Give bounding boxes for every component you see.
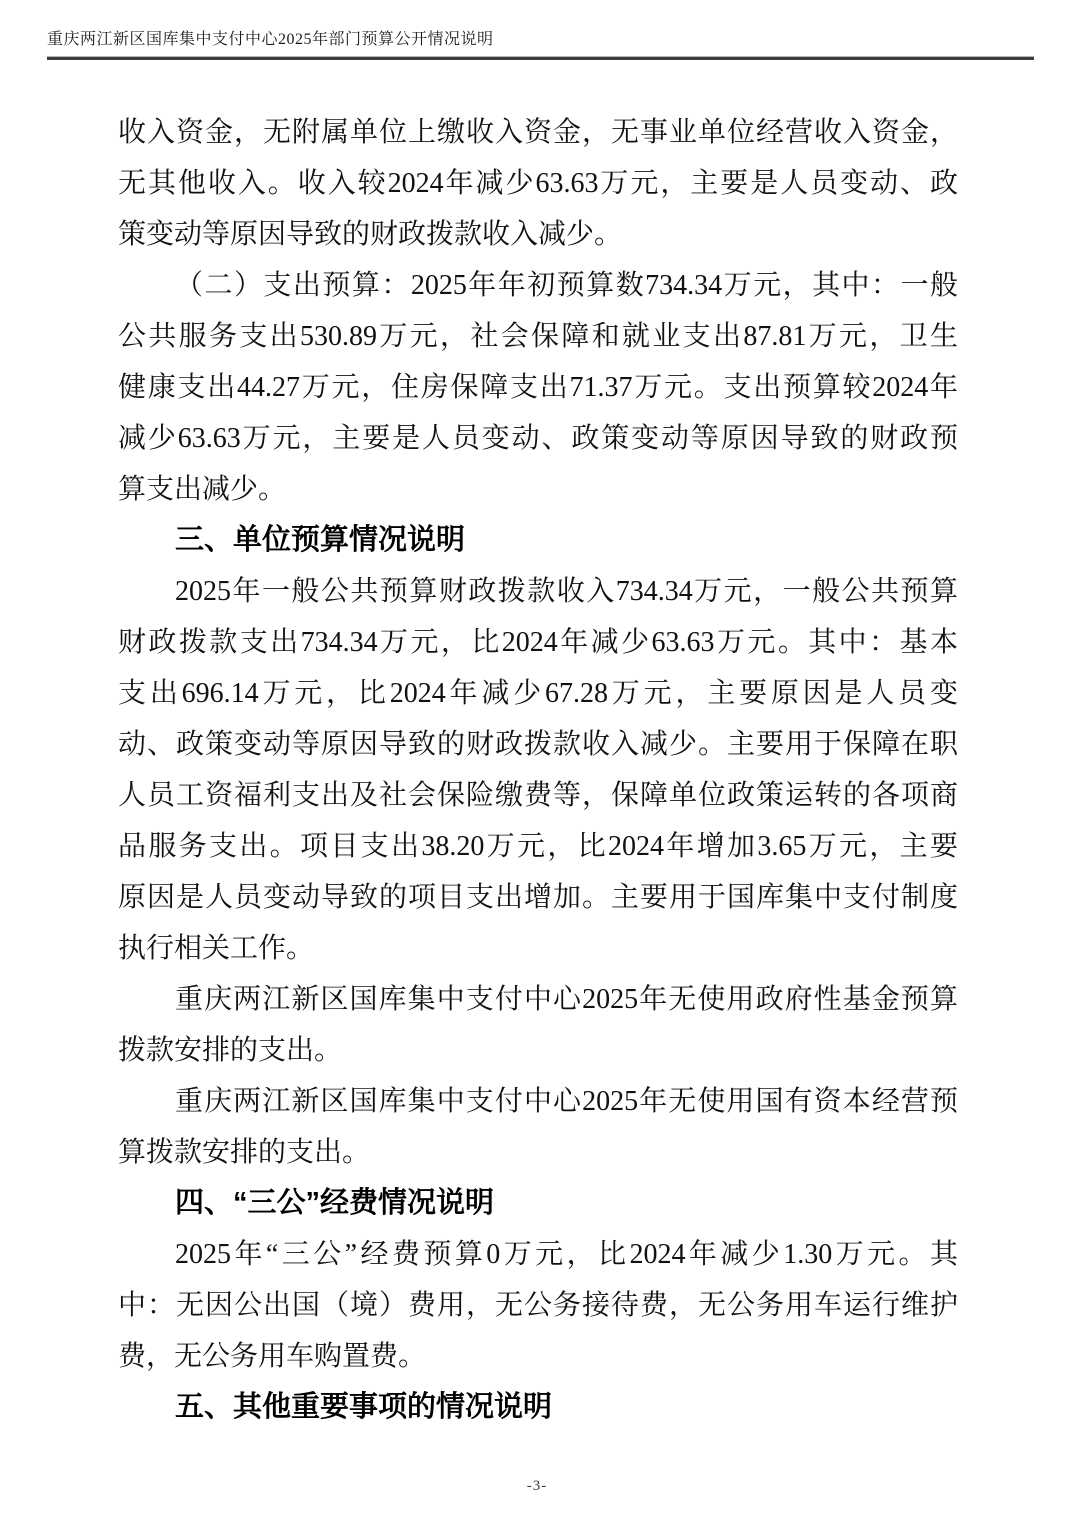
- text-line: 四、“三公”经费情况说明: [118, 1178, 958, 1229]
- text-line: 重庆两江新区国库集中支付中心2025年无使用国有资本经营预: [118, 1076, 958, 1127]
- body-paragraph: 重庆两江新区国库集中支付中心2025年无使用政府性基金预算拨款安排的支出。: [118, 974, 958, 1076]
- text-line: 执行相关工作。: [118, 923, 958, 974]
- body-paragraph: 重庆两江新区国库集中支付中心2025年无使用国有资本经营预算拨款安排的支出。: [118, 1076, 958, 1178]
- text-line: 支出696.14万元，比2024年减少67.28万元，主要原因是人员变: [118, 668, 958, 719]
- text-line: 中：无因公出国（境）费用，无公务接待费，无公务用车运行维护: [118, 1280, 958, 1331]
- text-line: 减少63.63万元，主要是人员变动、政策变动等原因导致的财政预: [118, 413, 958, 464]
- text-line: 人员工资福利支出及社会保险缴费等，保障单位政策运转的各项商: [118, 770, 958, 821]
- page-footer: -3-: [0, 1477, 1074, 1495]
- text-line: 2025年“三公”经费预算0万元，比2024年减少1.30万元。其: [118, 1229, 958, 1280]
- page-header: 重庆两江新区国库集中支付中心2025年部门预算公开情况说明: [47, 30, 1034, 60]
- text-line: 重庆两江新区国库集中支付中心2025年无使用政府性基金预算: [118, 974, 958, 1025]
- header-title: 重庆两江新区国库集中支付中心2025年部门预算公开情况说明: [47, 30, 1034, 50]
- document-page: 重庆两江新区国库集中支付中心2025年部门预算公开情况说明 收入资金，无附属单位…: [0, 0, 1074, 1520]
- section-heading: 三、单位预算情况说明: [118, 515, 958, 566]
- text-line: 三、单位预算情况说明: [118, 515, 958, 566]
- text-line: 品服务支出。项目支出38.20万元，比2024年增加3.65万元，主要: [118, 821, 958, 872]
- text-line: 费，无公务用车购置费。: [118, 1331, 958, 1382]
- text-line: 无其他收入。收入较2024年减少63.63万元，主要是人员变动、政: [118, 158, 958, 209]
- text-line: 策变动等原因导致的财政拨款收入减少。: [118, 209, 958, 260]
- text-line: 拨款安排的支出。: [118, 1025, 958, 1076]
- text-line: 公共服务支出530.89万元，社会保障和就业支出87.81万元，卫生: [118, 311, 958, 362]
- section-heading: 四、“三公”经费情况说明: [118, 1178, 958, 1229]
- body-paragraph: 2025年一般公共预算财政拨款收入734.34万元，一般公共预算财政拨款支出73…: [118, 566, 958, 974]
- header-rule: [47, 56, 1034, 60]
- text-line: 算支出减少。: [118, 464, 958, 515]
- body-paragraph: 2025年“三公”经费预算0万元，比2024年减少1.30万元。其中：无因公出国…: [118, 1229, 958, 1382]
- text-line: 五、其他重要事项的情况说明: [118, 1382, 958, 1433]
- text-line: （二）支出预算：2025年年初预算数734.34万元，其中：一般: [118, 260, 958, 311]
- text-line: 财政拨款支出734.34万元，比2024年减少63.63万元。其中：基本: [118, 617, 958, 668]
- text-line: 算拨款安排的支出。: [118, 1127, 958, 1178]
- text-line: 收入资金，无附属单位上缴收入资金，无事业单位经营收入资金，: [118, 107, 958, 158]
- body-paragraph: （二）支出预算：2025年年初预算数734.34万元，其中：一般公共服务支出53…: [118, 260, 958, 515]
- body-paragraph: 收入资金，无附属单位上缴收入资金，无事业单位经营收入资金，无其他收入。收入较20…: [118, 107, 958, 260]
- text-line: 动、政策变动等原因导致的财政拨款收入减少。主要用于保障在职: [118, 719, 958, 770]
- page-number: -3-: [527, 1478, 548, 1494]
- text-line: 原因是人员变动导致的项目支出增加。主要用于国库集中支付制度: [118, 872, 958, 923]
- text-line: 2025年一般公共预算财政拨款收入734.34万元，一般公共预算: [118, 566, 958, 617]
- section-heading: 五、其他重要事项的情况说明: [118, 1382, 958, 1433]
- document-body: 收入资金，无附属单位上缴收入资金，无事业单位经营收入资金，无其他收入。收入较20…: [118, 107, 958, 1433]
- text-line: 健康支出44.27万元，住房保障支出71.37万元。支出预算较2024年: [118, 362, 958, 413]
